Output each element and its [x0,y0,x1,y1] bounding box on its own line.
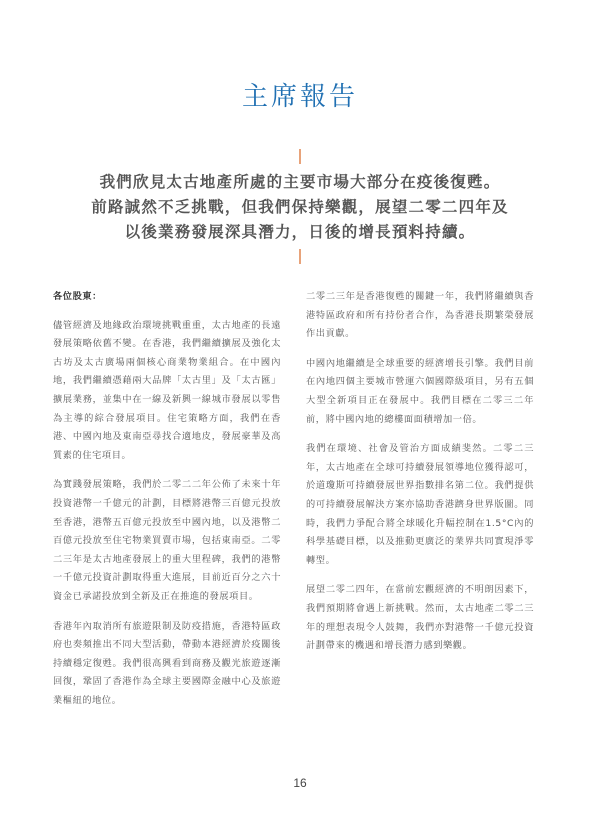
body-paragraph: 中國內地繼續是全球重要的經濟增長引擎。我們目前在內地四個主要城市營運六個國際級項… [306,355,534,429]
pull-quote-line: 前路誠然不乏挑戰，但我們保持樂觀，展望二零二四年及 [60,195,540,220]
body-paragraph: 二零二三年是香港復甦的關鍵一年，我們將繼續與香港特區政府和所有持份者合作，為香港… [306,288,534,344]
quote-divider-top [299,149,301,164]
pull-quote-line: 我們欣見太古地產所處的主要市場大部分在疫後復甦。 [60,170,540,195]
salutation: 各位股東： [53,288,281,307]
pull-quote: 我們欣見太古地產所處的主要市場大部分在疫後復甦。 前路誠然不乏挑戰，但我們保持樂… [60,170,540,245]
left-column: 各位股東： 儘管經濟及地緣政治環境挑戰重重，太古地產的長遠發展策略依舊不變。在香… [53,288,281,721]
body-paragraph: 儘管經濟及地緣政治環境挑戰重重，太古地產的長遠發展策略依舊不變。在香港，我們繼續… [53,317,281,466]
right-column: 二零二三年是香港復甦的關鍵一年，我們將繼續與香港特區政府和所有持份者合作，為香港… [306,288,534,667]
page-title: 主席報告 [0,76,600,113]
body-paragraph: 我們在環境、社會及管治方面成績斐然。二零二三年，太古地產在全球可持續發展領導地位… [306,440,534,570]
body-paragraph: 香港年內取消所有旅遊限制及防疫措施，香港特區政府也奏頻推出不同大型活動，帶動本港… [53,618,281,711]
quote-divider-bottom [299,249,301,264]
body-paragraph: 展望二零二四年，在當前宏觀經濟的不明朗因素下，我們預期將會遇上新挑戰。然而，太古… [306,581,534,655]
page-number: 16 [0,776,600,790]
pull-quote-line: 以後業務發展深具潛力，日後的增長預料持續。 [60,220,540,245]
body-paragraph: 為實踐發展策略，我們於二零二二年公佈了未來十年投資港幣一千億元的計劃，目標將港幣… [53,476,281,606]
